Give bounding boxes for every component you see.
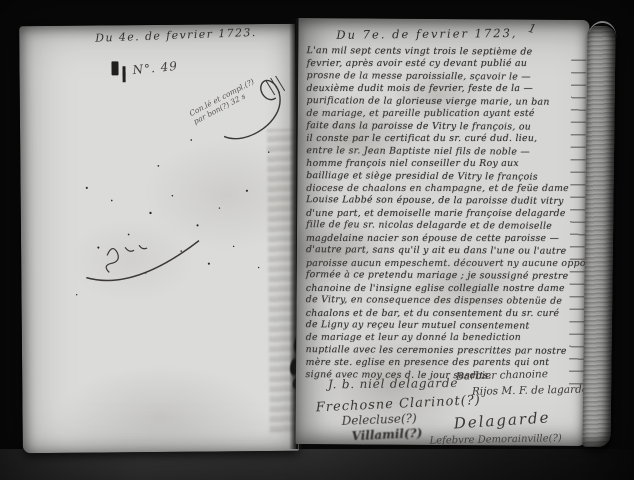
table-surface — [0, 449, 634, 480]
left-page: Du 4e. de fevrier 1723. N°. 49 Con.lé et… — [19, 24, 299, 453]
act-number: N°. 49 — [132, 59, 179, 77]
manuscript-line: de Vitry, en consequence des dispenses o… — [306, 294, 580, 308]
signature-delecluse: Delecluse(?) — [341, 411, 416, 428]
book-fore-edge — [582, 26, 615, 447]
flourish-curve-icon — [216, 74, 297, 147]
manuscript-line: chaalons et de bar, et du consentement d… — [306, 307, 580, 320]
paraphe-flourish-icon — [81, 235, 207, 288]
scanned-register-spread: Du 4e. de fevrier 1723. N°. 49 Con.lé et… — [0, 0, 634, 480]
signature-delagarde: Delagarde — [453, 408, 551, 432]
manuscript-line: deuxième dudit mois de fevrier, feste de… — [307, 83, 581, 96]
manuscript-line: homme françois niel conseiller du Roy au… — [306, 158, 580, 171]
manuscript-line: paroisse aucun empeschemt. découvert ny … — [306, 258, 580, 271]
manuscript-line: entre le sr. Jean Baptiste niel fils de … — [306, 145, 580, 159]
manuscript-line: fille de feu sr. nicolas delagarde et de… — [306, 219, 580, 233]
signature-lefebvre: Lefebvre Demorainville(?) — [429, 433, 561, 447]
manuscript-line: formée à ce pretendu mariage ; je soussi… — [306, 269, 580, 283]
right-page: Du 7e. de fevrier 1723, 1 L'an mil sept … — [296, 18, 590, 446]
manuscript-line: de mariage, et pareille publication ayan… — [306, 108, 580, 121]
page-corner-curl — [588, 20, 618, 39]
ink-stamp-icon — [111, 61, 118, 75]
manuscript-line: faite dans la paroisse de Vitry le franç… — [306, 120, 580, 134]
signature-barbier: Barbier chanoine — [456, 368, 548, 383]
signature-niel: J. b. niel delagarde — [328, 376, 458, 391]
manuscript-line: chanoine de l'insigne eglise collegialle… — [306, 283, 580, 296]
signature-villamil: Villamil(?) — [351, 426, 422, 443]
manuscript-body: L'an mil sept cents vingt trois le septi… — [306, 46, 581, 383]
manuscript-line: il conste par le certificat du sr. curé … — [306, 133, 580, 146]
manuscript-line: fevrier, après avoir esté cy devant publ… — [307, 58, 581, 71]
right-page-date-heading: Du 7e. de fevrier 1723, — [336, 26, 517, 42]
signature-rijos-delagarde: Rijos M. F. de lagarde — [472, 384, 588, 398]
act-number-row: N°. 49 — [111, 61, 178, 76]
manuscript-line: Louise Labbé son épouse, de la paroisse … — [306, 195, 580, 209]
manuscript-line: d'autre part, sans qu'il y ait eu dans l… — [306, 244, 580, 258]
folio-number: 1 — [527, 21, 538, 36]
manuscript-line: bailliage et siège presidial de Vitry le… — [306, 170, 580, 184]
manuscript-line: de mariage et leur ay donné la benedicti… — [306, 332, 580, 345]
